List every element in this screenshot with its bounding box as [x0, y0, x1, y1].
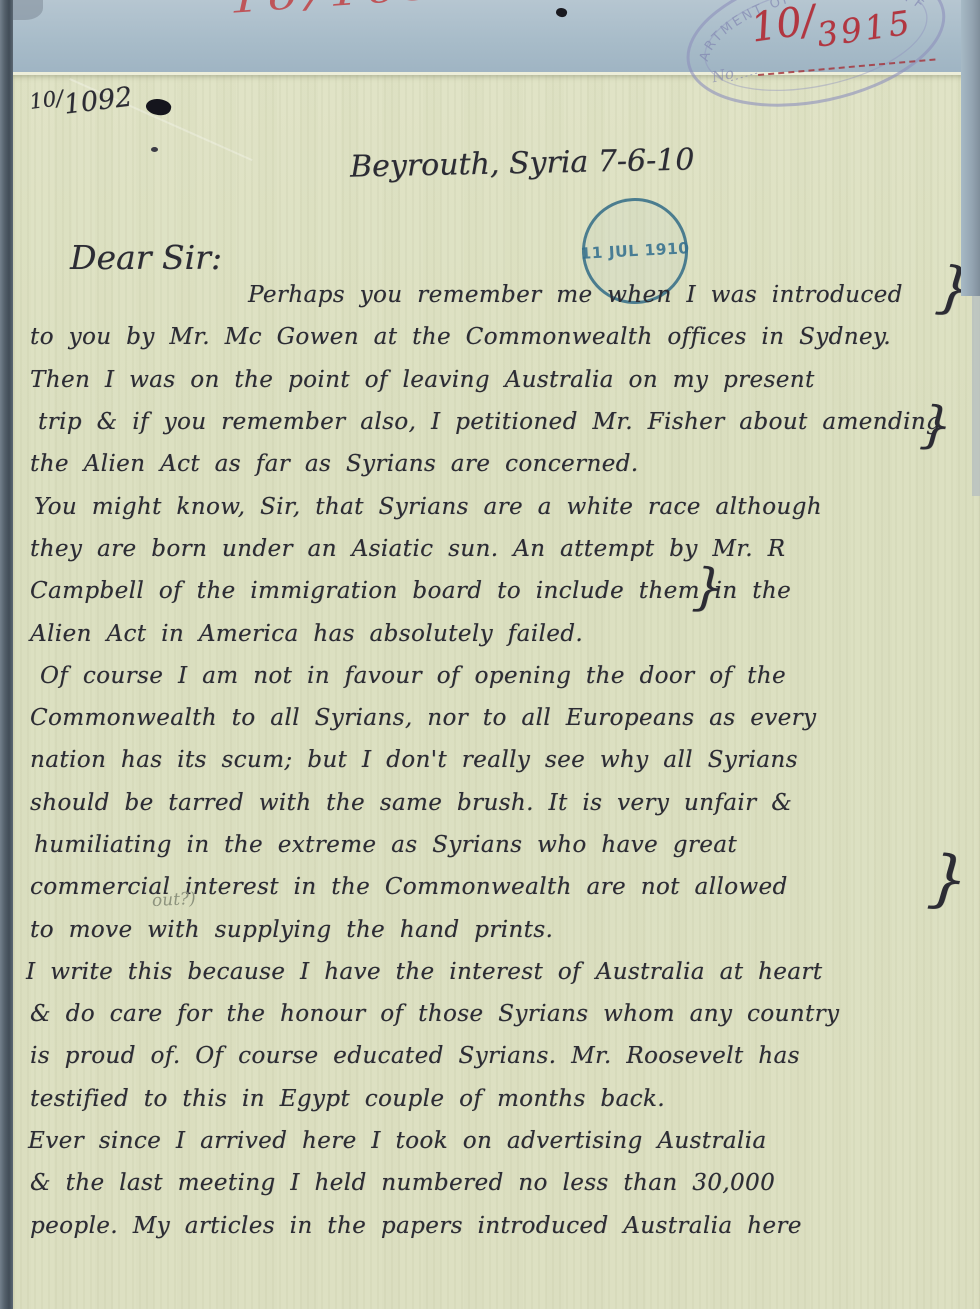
letter-line: I write this because I have the interest…	[26, 951, 965, 993]
salutation: Dear Sir:	[70, 238, 222, 277]
letter-line: You might know, Sir, that Syrians are a …	[34, 485, 965, 527]
dateline: Beyrouth, Syria 7-6-10	[350, 142, 695, 184]
pencil-annotation: out?)	[152, 889, 197, 911]
ink-file-number-upper: 10/	[28, 86, 64, 114]
letter-line: people. My articles in the papers introd…	[30, 1205, 965, 1247]
letter-line: & do care for the honour of those Syrian…	[30, 993, 965, 1035]
letter-line: nation has its scum; but I don't really …	[30, 739, 965, 781]
pen-flourish: }	[691, 557, 726, 617]
date-stamp-text: 11 JUL 1910	[580, 239, 690, 263]
letter-line: & the last meeting I held numbered no le…	[30, 1162, 965, 1204]
pen-flourish: }	[925, 840, 971, 916]
letter-line: humiliating in the extreme as Syrians wh…	[34, 824, 965, 866]
scanner-edge	[0, 0, 13, 1309]
letter-line: Perhaps you remember me when I was intro…	[30, 274, 965, 316]
letter-line: the Alien Act as far as Syrians are conc…	[30, 443, 965, 485]
letter-scan: 10/1092 DEPARTMENT OF EXTERNAL AFFAIRS N…	[0, 0, 980, 1309]
letter-line: should be tarred with the same brush. It…	[30, 782, 965, 824]
pen-flourish: }	[918, 395, 954, 455]
letter-line: to move with supplying the hand prints.	[30, 908, 965, 950]
letter-body: Perhaps you remember me when I was intro…	[30, 274, 965, 1247]
letter-line: Of course I am not in favour of opening …	[40, 655, 965, 697]
letter-line: Commonwealth to all Syrians, nor to all …	[30, 697, 965, 739]
letter-line: Ever since I arrived here I took on adve…	[28, 1120, 965, 1162]
backing-sheet-right-sliver	[972, 296, 980, 496]
letter-line: they are born under an Asiatic sun. An a…	[30, 528, 965, 570]
letter-line: testified to this in Egypt couple of mon…	[30, 1078, 965, 1120]
ink-blot-speck	[151, 147, 158, 152]
letter-line: Then I was on the point of leaving Austr…	[30, 359, 965, 401]
letter-line: to you by Mr. Mc Gowen at the Commonweal…	[30, 316, 965, 358]
letter-line: Alien Act in America has absolutely fail…	[30, 612, 965, 654]
letter-line: is proud of. Of course educated Syrians.…	[30, 1035, 965, 1077]
stamp-no-label: No	[709, 64, 735, 86]
letter-line: trip & if you remember also, I petitione…	[38, 401, 965, 443]
red-file-number-upper: 10/	[748, 0, 818, 52]
letter-line: Campbell of the immigration board to inc…	[30, 570, 965, 612]
